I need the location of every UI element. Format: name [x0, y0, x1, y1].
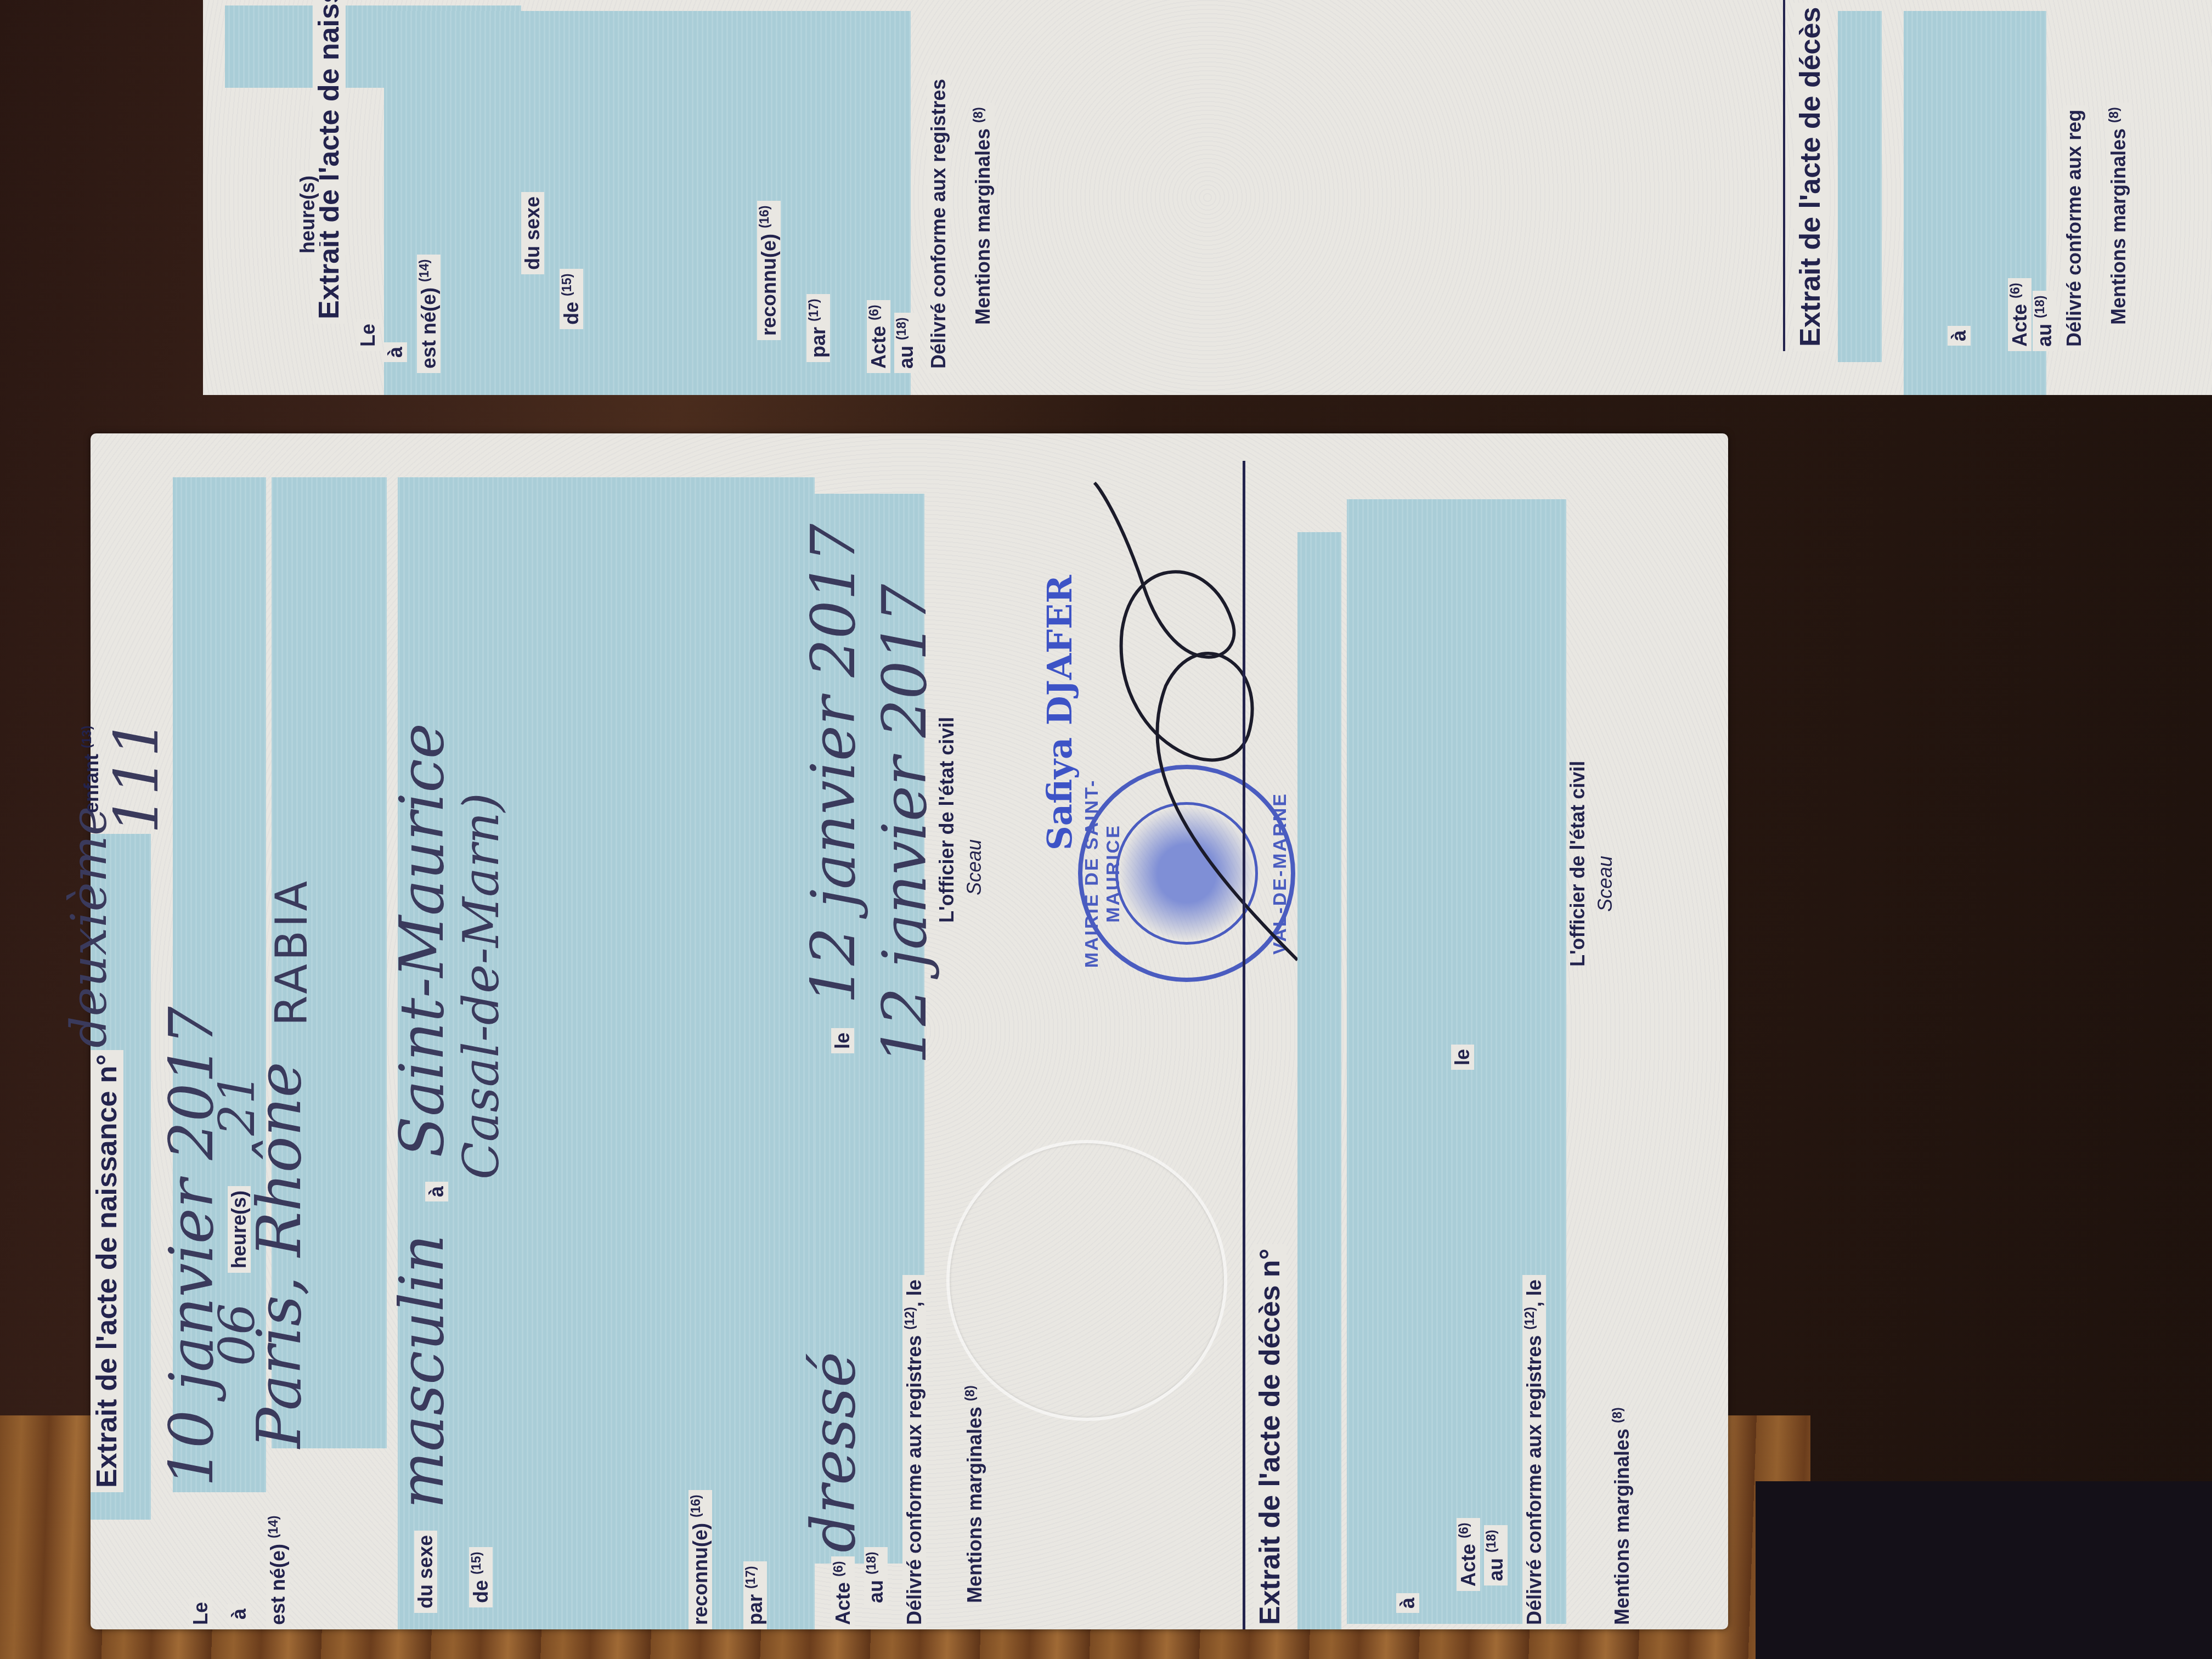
- place2-line2: Casal-de-Marn): [453, 793, 510, 1180]
- acte-label: Acte (6): [867, 300, 890, 373]
- le2-label: le: [831, 1028, 854, 1053]
- sceau-label: Sceau: [963, 835, 986, 900]
- death-acte-label: Acte (6): [2008, 278, 2032, 351]
- le-label: Le: [189, 1598, 212, 1629]
- du-sexe-label: du sexe: [521, 192, 544, 274]
- place2-line1: Saint-Maurice: [387, 723, 457, 1158]
- officer-name-stamp: Safiya DJAFER: [1040, 575, 1080, 850]
- act-number-handwritten: 111: [101, 719, 172, 834]
- le-label: Le: [357, 319, 380, 351]
- est-ne-label: est né(e) (14): [417, 255, 441, 373]
- death-acte-label: Acte (6): [1457, 1518, 1480, 1591]
- a2-label: à: [425, 1182, 448, 1201]
- par-label: par (17): [806, 294, 830, 362]
- death-au-label: au (18): [2033, 291, 2056, 351]
- birth-fields-block: [384, 11, 911, 395]
- officer-label: L'officier de l'état civil: [935, 713, 958, 927]
- embossed-seal: [946, 1140, 1227, 1421]
- du-sexe-label: du sexe: [414, 1531, 437, 1613]
- au-label: au (18): [894, 313, 918, 373]
- death-au-label: au (18): [1484, 1525, 1508, 1585]
- delivre-date-handwritten: 12 janvier 2017: [870, 584, 940, 1064]
- death-delivre-label: Délivré conforme aux reg: [2063, 105, 2086, 351]
- heure-label: heure(s): [296, 171, 319, 258]
- sex-handwritten: masculin: [387, 1234, 457, 1509]
- delivre-label: Délivré conforme aux registres: [927, 75, 950, 373]
- delivre-label: Délivré conforme aux registres (12), le: [902, 1275, 926, 1629]
- death-title: Extrait de l'acte de décès: [1794, 3, 1827, 351]
- mentions-label: Mentions marginales (8): [963, 1381, 986, 1607]
- death-a-label: à: [1948, 326, 1971, 346]
- death-le-label: le: [1451, 1045, 1474, 1070]
- birth-title: Extrait de l'acte de naissance: [313, 0, 346, 324]
- a-label: à: [384, 342, 407, 362]
- death-a-label: à: [1396, 1593, 1419, 1613]
- ordinal-handwritten: deuxième: [60, 806, 118, 1048]
- death-field-1: [1838, 11, 1882, 362]
- death-field-1: [1297, 532, 1341, 1629]
- birth-title: Extrait de l'acte de naissance n°: [91, 1050, 123, 1492]
- death-mentions-label: Mentions marginales (8): [2107, 103, 2130, 329]
- acte-date-handwritten: 12 janvier 2017: [798, 524, 868, 1004]
- name-handwritten: RABIA: [266, 878, 317, 1026]
- signature: [1089, 477, 1319, 971]
- reconnu-label: reconnu(e) (16): [689, 1490, 712, 1629]
- de-label: de (15): [469, 1547, 493, 1607]
- dark-background: [1756, 1481, 2212, 1659]
- de-label: de (15): [560, 269, 583, 329]
- mentions-label: Mentions marginales (8): [971, 103, 995, 329]
- acte-label: Acte (6): [831, 1556, 855, 1629]
- par-label: par (17): [743, 1561, 767, 1629]
- death-mentions-label: Mentions marginales (8): [1610, 1403, 1634, 1629]
- left-page: Extrait de l'acte de naissance n° deuxiè…: [91, 433, 1728, 1629]
- au-label: au (18): [864, 1547, 888, 1607]
- death-delivre-label: Délivré conforme aux registres (12), le: [1522, 1275, 1546, 1629]
- acte-handwritten: dressé: [798, 1352, 868, 1553]
- birth-place-handwritten: Paris, Rhône: [244, 1062, 314, 1448]
- reconnu-label: reconnu(e) (16): [757, 201, 781, 340]
- death-sceau-label: Sceau: [1594, 851, 1617, 916]
- est-ne-label: est né(e) (14): [266, 1511, 290, 1629]
- death-officer-label: L'officier de l'état civil: [1566, 757, 1589, 971]
- death-title: Extrait de l'acte de décès n°: [1254, 1244, 1286, 1629]
- a-label: à: [228, 1604, 251, 1624]
- section-divider: [1783, 0, 1785, 351]
- enfant-label: enfant (13): [80, 721, 103, 817]
- section-divider: [1243, 461, 1245, 1629]
- right-page: Extrait de l'acte de naissance Le à heur…: [203, 0, 2212, 395]
